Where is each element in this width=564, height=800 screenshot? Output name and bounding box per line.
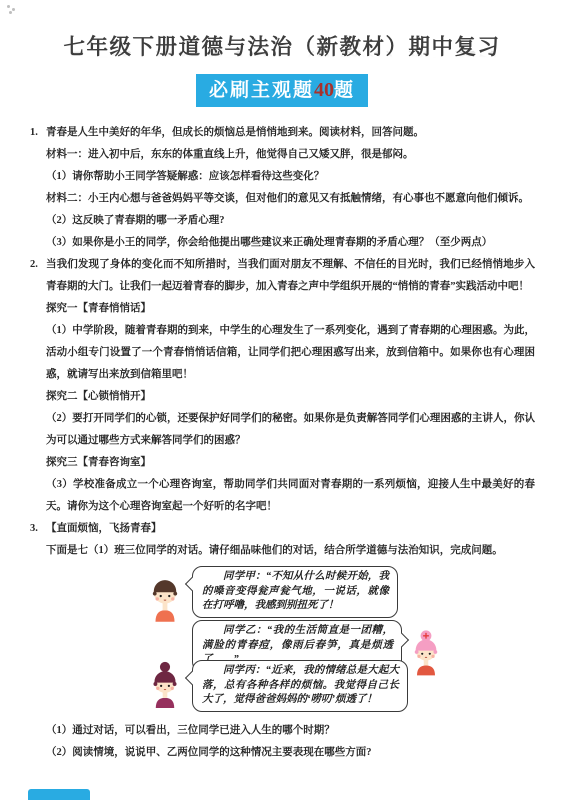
question-3-sub-1: （1）通过对话，可以看出，三位同学已进入人生的哪个时期？: [46, 720, 535, 742]
question-2-number: 2.: [30, 254, 46, 276]
speech-bubble-a: 同学甲：“不知从什么时候开始，我的嗓音变得瓮声瓮气地，一说话，就像在打呼噜，我感…: [192, 566, 398, 618]
question-2-explore-1: 探究一【青春悄悄话】: [46, 298, 535, 320]
question-2-intro: 当我们发现了身体的变化而不知所措时，当我们面对朋友不理解、不信任的目光时，我们已…: [46, 254, 535, 298]
subtitle-badge: 必刷主观题40题: [196, 74, 368, 107]
question-3-number: 3.: [30, 518, 46, 540]
question-1-sub-3: （3）如果你是小王的同学，你会给他提出哪些建议来正确处理青春期的矛盾心理？（至少…: [46, 232, 535, 254]
question-1-material-2: 材料二：小王内心想与爸爸妈妈平等交谈，但对他们的意见又有抵触情绪，有心事也不愿意…: [46, 188, 535, 210]
content: 1. 青春是人生中美好的年华，但成长的烦恼总是悄悄地到来。阅读材料，回答问题。 …: [30, 122, 535, 764]
next-section-badge-partial: [28, 789, 90, 800]
question-2-sub-3: （3）学校准备成立一个心理咨询室，帮助同学们共同面对青春期的一系列烦恼，迎接人生…: [46, 474, 535, 518]
question-3-body: 【直面烦恼，飞扬青春】 下面是七（1）班三位同学的对话。请仔细品味他们的对话，结…: [46, 518, 535, 764]
question-1-material-1: 材料一：进入初中后，东东的体重直线上升，他觉得自己又矮又胖，很是郁闷。: [46, 144, 535, 166]
question-2-explore-3: 探究三【青春咨询室】: [46, 452, 535, 474]
badge-row: 必刷主观题40题: [0, 74, 564, 106]
worksheet-page: 七年级下册道德与法治（新教材）期中复习 必刷主观题40题 1. 青春是人生中美好…: [0, 0, 564, 800]
question-3-sub-2: （2）阅读情境，说说甲、乙两位同学的这种情况主要表现在哪些方面?: [46, 742, 535, 764]
question-3-heading: 【直面烦恼，飞扬青春】: [46, 518, 535, 540]
speech-bubble-c: 同学丙：“近来，我的情绪总是大起大落，总有各种各样的烦恼。我觉得自己长大了，觉得…: [192, 660, 408, 712]
question-1-sub-1: （1）请你帮助小王同学答疑解惑：应该怎样看待这些变化？: [46, 166, 535, 188]
speech-bubble-a-text: 同学甲：“不知从什么时候开始，我的嗓音变得瓮声瓮气地，一说话，就像在打呼噜，我感…: [202, 570, 389, 614]
question-1-sub-2: （2）这反映了青春期的哪一矛盾心理?: [46, 210, 535, 232]
question-1: 1. 青春是人生中美好的年华，但成长的烦恼总是悄悄地到来。阅读材料，回答问题。 …: [30, 122, 535, 254]
question-1-body: 青春是人生中美好的年华，但成长的烦恼总是悄悄地到来。阅读材料，回答问题。 材料一…: [46, 122, 535, 254]
doc-title: 七年级下册道德与法治（新教材）期中复习: [0, 32, 564, 62]
girl-maroon-avatar-icon: [146, 660, 184, 717]
question-2-explore-2: 探究二【心锁悄悄开】: [46, 386, 535, 408]
girl-pink-avatar-icon: [408, 628, 444, 685]
badge-prefix: 必刷主观题: [209, 80, 314, 101]
question-2-sub-2: （2）要打开同学们的心锁，还要保护好同学们的秘密。如果你是负责解答同学们心理困惑…: [46, 408, 535, 452]
speech-bubble-c-text: 同学丙：“近来，我的情绪总是大起大落，总有各种各样的烦恼。我觉得自己长大了，觉得…: [202, 664, 399, 708]
badge-suffix: 题: [334, 80, 355, 101]
question-2-sub-1: （1）中学阶段，随着青春期的到来，中学生的心理发生了一系列变化，遇到了青春期的心…: [46, 320, 535, 386]
question-3: 3. 【直面烦恼，飞扬青春】 下面是七（1）班三位同学的对话。请仔细品味他们的对…: [30, 518, 535, 764]
question-3-intro: 下面是七（1）班三位同学的对话。请仔细品味他们的对话，结合所学道德与法治知识，完…: [46, 540, 535, 562]
question-2-body: 当我们发现了身体的变化而不知所措时，当我们面对朋友不理解、不信任的目光时，我们已…: [46, 254, 535, 518]
question-2: 2. 当我们发现了身体的变化而不知所措时，当我们面对朋友不理解、不信任的目光时，…: [30, 254, 535, 518]
page-corner-mark: [7, 4, 21, 14]
question-1-number: 1.: [30, 122, 46, 144]
badge-number: 40: [314, 79, 334, 101]
question-1-intro: 青春是人生中美好的年华，但成长的烦恼总是悄悄地到来。阅读材料，回答问题。: [46, 122, 535, 144]
boy-avatar-icon: [146, 572, 184, 631]
dialogue-figure: 同学甲：“不知从什么时候开始，我的嗓音变得瓮声瓮气地，一说话，就像在打呼噜，我感…: [46, 566, 535, 716]
